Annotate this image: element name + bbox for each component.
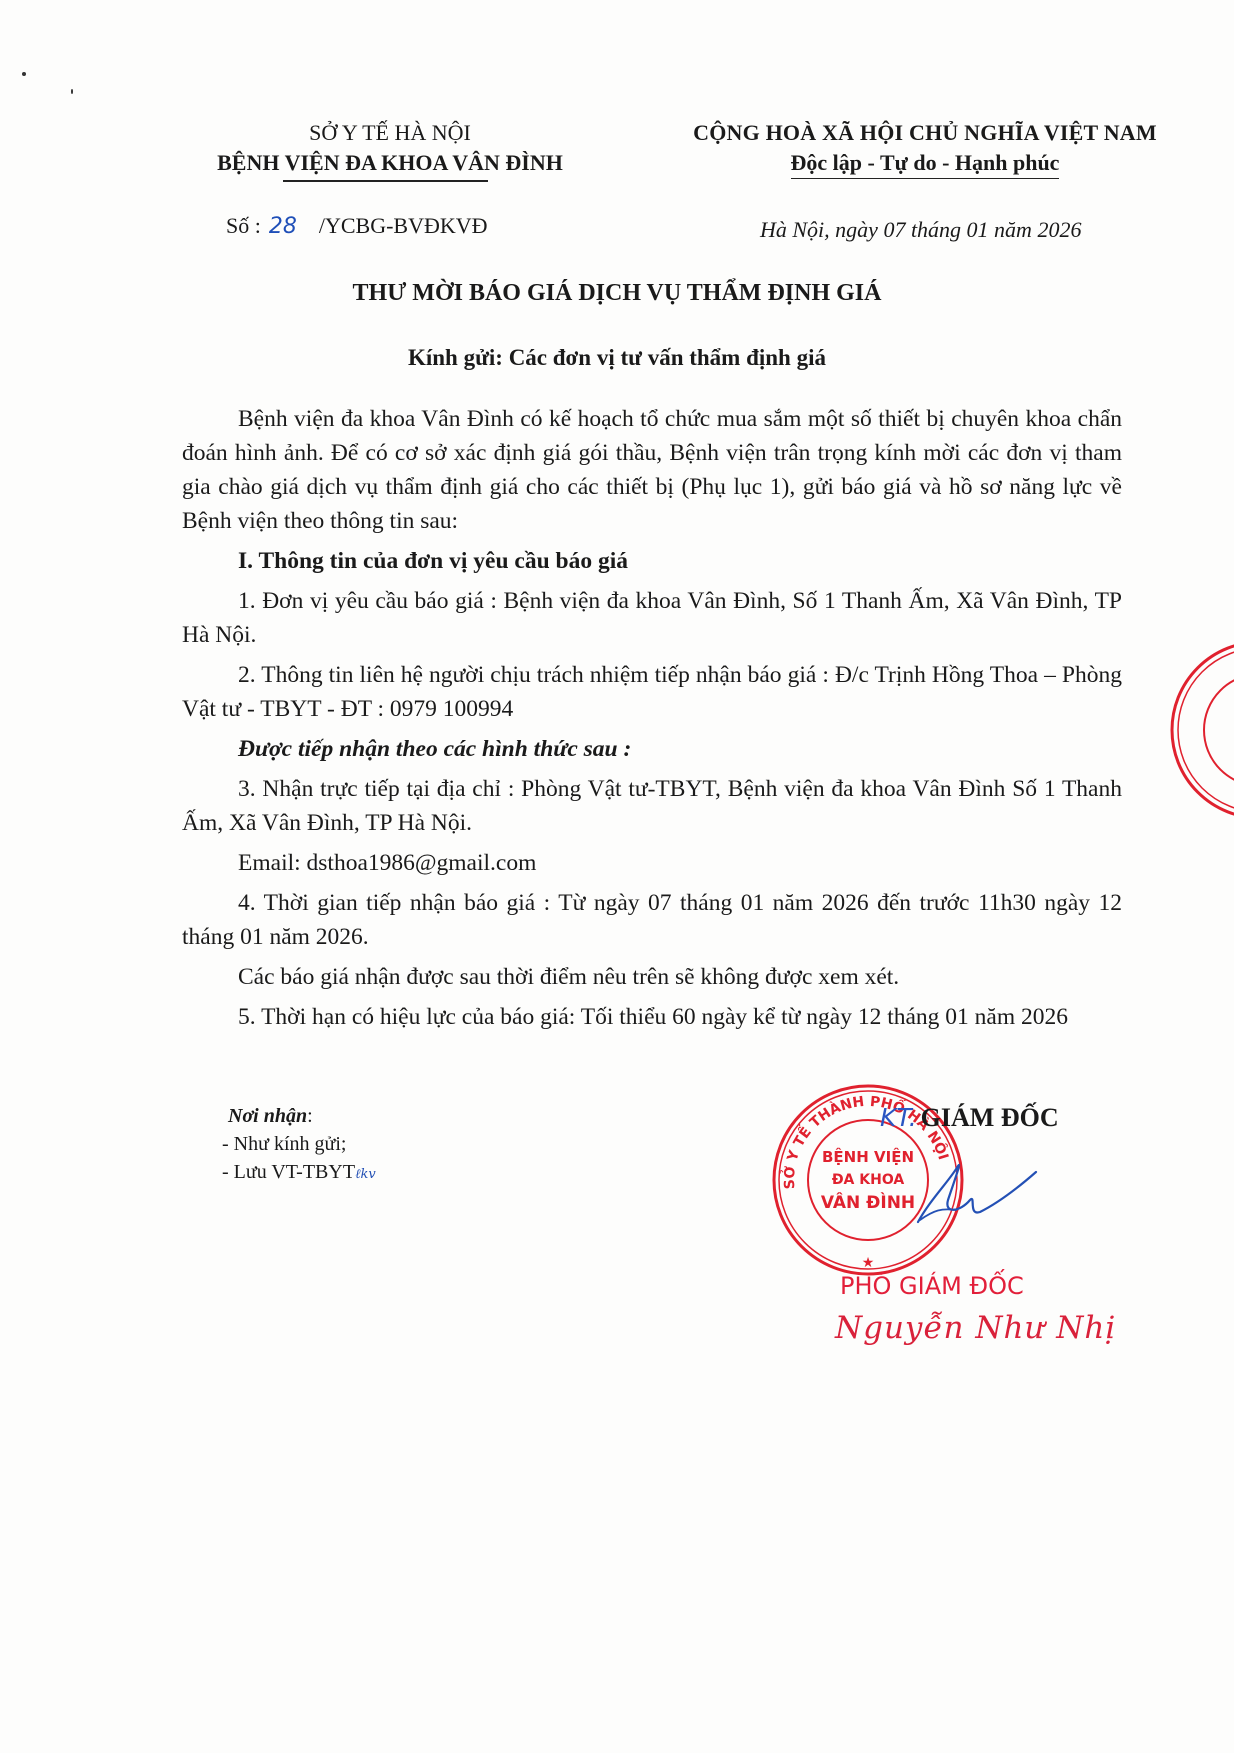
intro-paragraph: Bệnh viện đa khoa Vân Đình có kế hoạch t… <box>182 402 1122 538</box>
item-2: 2. Thông tin liên hệ người chịu trách nh… <box>182 658 1122 726</box>
recipient-item: - Lưu VT-TBYT <box>222 1161 355 1183</box>
letter-body: Bệnh viện đa khoa Vân Đình có kế hoạch t… <box>182 402 1122 1034</box>
national-header: CỘNG HOÀ XÃ HỘI CHỦ NGHĨA VIỆT NAM Độc l… <box>655 118 1195 179</box>
stamp-star-icon: ★ <box>862 1255 875 1271</box>
reference-label: Số : <box>226 213 261 238</box>
scan-speck <box>22 72 26 76</box>
document-title: THƯ MỜI BÁO GIÁ DỊCH VỤ THẨM ĐỊNH GIÁ <box>0 280 1234 307</box>
issuer-block: SỞ Y TẾ HÀ NỘI BỆNH VIỆN ĐA KHOA VÂN ĐÌN… <box>150 118 630 182</box>
director-title: GIÁM ĐỐC <box>921 1103 1059 1132</box>
greeting: Kính gửi: Các đơn vị tư vấn thẩm định gi… <box>0 345 1234 371</box>
item-5: 5. Thời hạn có hiệu lực của báo giá: Tối… <box>182 1000 1122 1034</box>
reference-handwritten-number: 28 <box>269 214 297 239</box>
reference-number: Số :28/YCBG-BVĐKVĐ <box>226 213 488 239</box>
hospital-name: BỆNH VIỆN ĐA KHOA VÂN ĐÌNH <box>150 148 630 178</box>
handwritten-initials: ℓkv <box>355 1167 376 1182</box>
reference-code: /YCBG-BVĐKVĐ <box>319 213 488 238</box>
item-1: 1. Đơn vị yêu cầu báo giá : Bệnh viện đa… <box>182 584 1122 652</box>
receive-heading: Được tiếp nhận theo các hình thức sau : <box>182 732 1122 766</box>
deputy-director-title: PHÓ GIÁM ĐỐC <box>840 1272 1024 1300</box>
national-motto: Độc lập - Tự do - Hạnh phúc <box>791 148 1060 179</box>
issuer-underline <box>283 180 488 182</box>
recipients-title: Nơi nhận <box>228 1105 307 1127</box>
late-note: Các báo giá nhận được sau thời điểm nêu … <box>182 960 1122 994</box>
recipients-colon: : <box>307 1105 313 1127</box>
stamp-line-1: BỆNH VIỆN <box>822 1146 914 1166</box>
handwritten-kt: KT. <box>880 1103 917 1132</box>
item-4: 4. Thời gian tiếp nhận báo giá : Từ ngày… <box>182 886 1122 954</box>
signature-scribble <box>910 1160 1040 1230</box>
recipients-block: Nơi nhận: - Như kính gửi; - Lưu VT-TBYTℓ… <box>222 1102 376 1189</box>
item-3: 3. Nhận trực tiếp tại địa chỉ : Phòng Vậ… <box>182 772 1122 840</box>
stamp-line-3: VÂN ĐÌNH <box>821 1191 915 1213</box>
email-line[interactable]: Email: dsthoa1986@gmail.com <box>182 846 1122 880</box>
section-heading: I. Thông tin của đơn vị yêu cầu báo giá <box>182 544 1122 578</box>
edge-stamp-partial <box>1160 640 1234 820</box>
scan-speck <box>71 89 73 94</box>
date-line: Hà Nội, ngày 07 tháng 01 năm 2026 <box>760 217 1081 243</box>
stamp-line-2: ĐA KHOA <box>832 1172 905 1188</box>
recipient-item: - Như kính gửi; <box>222 1130 376 1158</box>
nation-title: CỘNG HOÀ XÃ HỘI CHỦ NGHĨA VIỆT NAM <box>655 118 1195 148</box>
agency-name: SỞ Y TẾ HÀ NỘI <box>150 118 630 148</box>
signatory-title: KT.GIÁM ĐỐC <box>880 1103 1059 1133</box>
signatory-name: Nguyễn Như Nhị <box>835 1310 1116 1346</box>
